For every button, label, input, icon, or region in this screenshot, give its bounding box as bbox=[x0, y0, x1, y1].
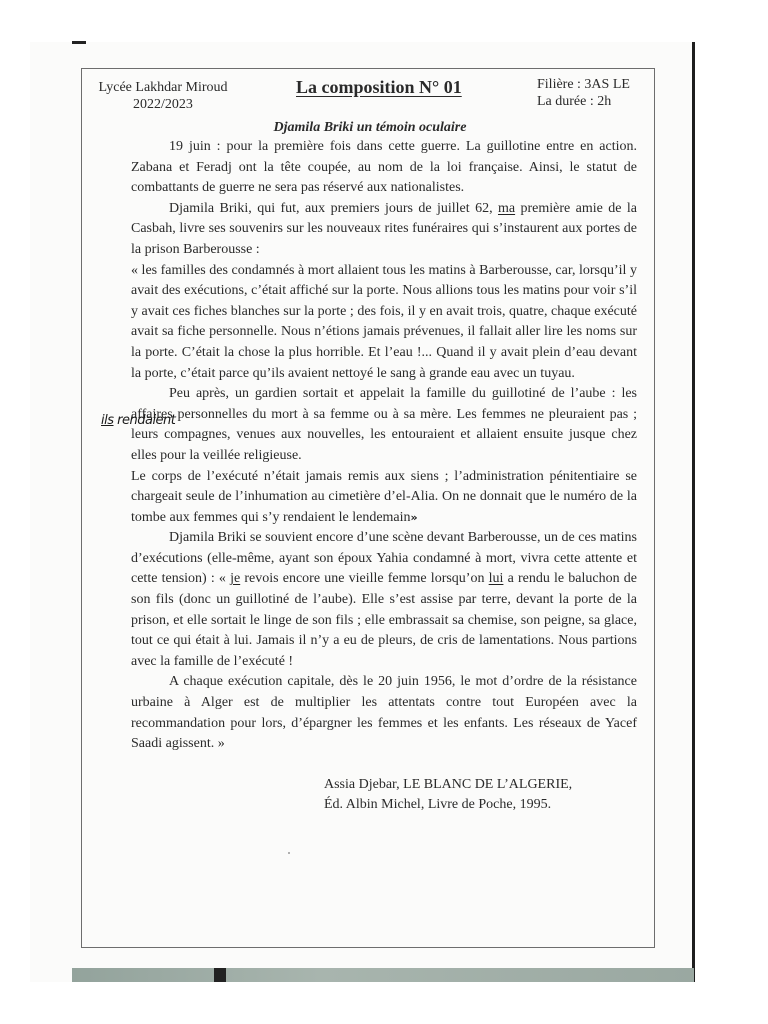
paragraph-3: « les familles des condamnés à mort alla… bbox=[131, 261, 637, 385]
underlined-word-ma: ma bbox=[498, 201, 515, 216]
scan-bottom-edge bbox=[72, 968, 694, 982]
school-name: Lycée Lakhdar Miroud bbox=[88, 79, 238, 96]
underlined-word-lui: lui bbox=[489, 571, 504, 586]
exam-title: La composition N° 01 bbox=[296, 77, 462, 98]
handwritten-closing-quote: » bbox=[411, 511, 418, 524]
underlined-word-je: je bbox=[230, 571, 240, 586]
school-year: 2022/2023 bbox=[88, 96, 238, 113]
paragraph-2-text-a: Djamila Briki, qui fut, aux premiers jou… bbox=[169, 201, 498, 216]
text-title: Djamila Briki un témoin oculaire bbox=[0, 120, 740, 136]
citation-author-title: Assia Djebar, LE BLANC DE L’ALGERIE, bbox=[324, 775, 572, 795]
filiere: Filière : 3AS LE bbox=[537, 76, 630, 93]
paragraph-2: Djamila Briki, qui fut, aux premiers jou… bbox=[131, 199, 637, 261]
paragraph-6: Djamila Briki se souvient encore d’une s… bbox=[131, 528, 637, 672]
paragraph-4: Peu après, un gardien sortait et appelai… bbox=[131, 384, 637, 466]
duration: La durée : 2h bbox=[537, 93, 630, 110]
header-school-block: Lycée Lakhdar Miroud 2022/2023 bbox=[88, 79, 238, 113]
citation-publisher: Éd. Albin Michel, Livre de Poche, 1995. bbox=[324, 795, 572, 815]
paragraph-1: 19 juin : pour la première fois dans cet… bbox=[131, 137, 637, 199]
paragraph-5-text: Le corps de l’exécuté n’était jamais rem… bbox=[131, 469, 637, 525]
paragraph-7: A chaque exécution capitale, dès le 20 j… bbox=[131, 672, 637, 754]
scan-edge-mark bbox=[72, 41, 86, 44]
text-body: 19 juin : pour la première fois dans cet… bbox=[131, 137, 637, 755]
header-info-block: Filière : 3AS LE La durée : 2h bbox=[537, 76, 630, 110]
handwritten-annotation: ils rendaient bbox=[101, 413, 175, 428]
annotation-ils: ils bbox=[101, 413, 114, 428]
paragraph-5: Le corps de l’exécuté n’était jamais rem… bbox=[131, 467, 637, 529]
annotation-rendaient: rendaient bbox=[117, 413, 175, 428]
paragraph-6-text-b: revois encore une vieille femme lorsqu’o… bbox=[240, 571, 488, 586]
citation: Assia Djebar, LE BLANC DE L’ALGERIE, Éd.… bbox=[324, 775, 572, 815]
scan-bottom-mark bbox=[214, 968, 226, 982]
scan-speck bbox=[288, 852, 290, 854]
